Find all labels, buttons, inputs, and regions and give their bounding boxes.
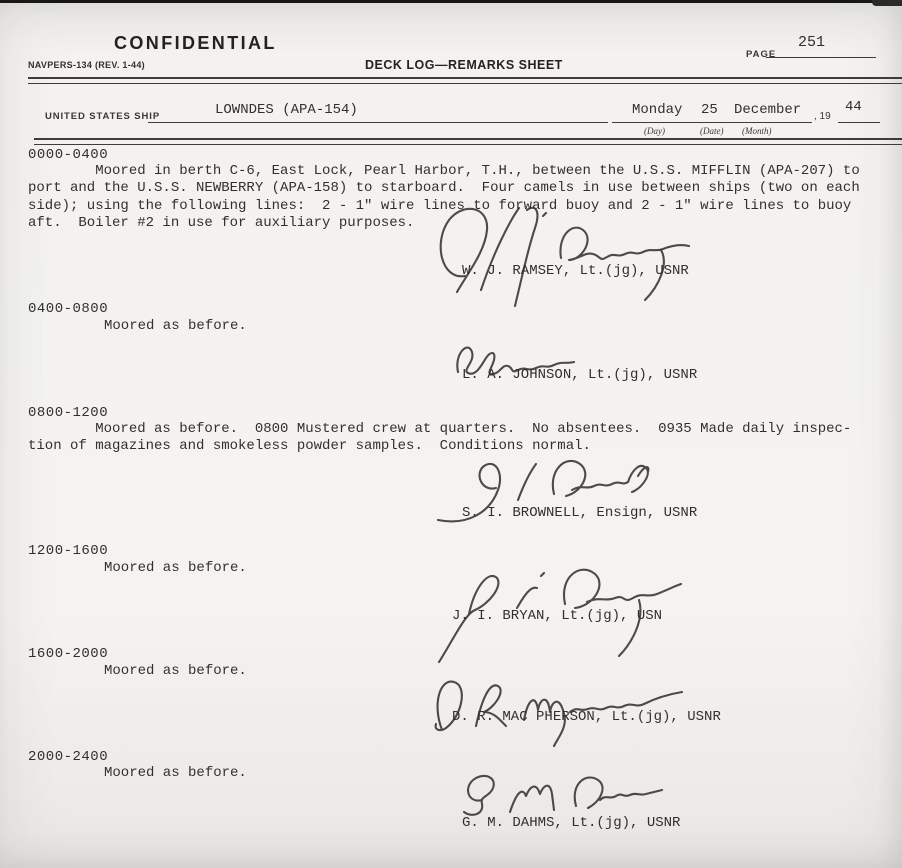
ship-line-rule — [34, 138, 902, 145]
entry-time: 1200-1600 — [28, 543, 108, 559]
page-label: PAGE — [746, 49, 776, 60]
year-value: 44 — [845, 99, 862, 115]
entry-text: Moored as before. — [104, 560, 247, 577]
signature-typed: G. M. DAHMS, Lt.(jg), USNR — [462, 815, 680, 831]
year-prefix: , 19 — [814, 111, 831, 122]
signature-script-macpherson — [420, 668, 696, 748]
ship-name: LOWNDES (APA-154) — [215, 102, 358, 118]
signature-typed: D. R. MAC PHERSON, Lt.(jg), USNR — [452, 709, 721, 725]
date-number: 25 — [701, 102, 718, 118]
classification-stamp: CONFIDENTIAL — [114, 33, 277, 54]
entry-text: Moored as before. — [104, 318, 247, 335]
entry-time: 1600-2000 — [28, 646, 108, 662]
month-caption: (Month) — [742, 126, 772, 136]
entry-time: 0400-0800 — [28, 301, 108, 317]
entry-text: Moored as before. — [104, 765, 247, 782]
ship-label: UNITED STATES SHIP — [45, 111, 160, 122]
scan-edge-corner — [872, 0, 902, 6]
entry-time: 0000-0400 — [28, 147, 108, 163]
entry-time: 0800-1200 — [28, 405, 108, 421]
day-caption: (Day) — [644, 126, 665, 136]
signature-typed: S. I. BROWNELL, Ensign, USNR — [462, 505, 697, 521]
date-line — [612, 122, 812, 123]
deck-log-remarks-sheet: CONFIDENTIAL PAGE 251 NAVPERS-134 (REV. … — [0, 0, 902, 868]
signature-script-ramsey — [423, 194, 695, 312]
sheet-title: DECK LOG—REMARKS SHEET — [365, 58, 563, 72]
entry-time: 2000-2400 — [28, 749, 108, 765]
page-number: 251 — [798, 34, 825, 51]
year-line — [838, 122, 880, 123]
entry-text: Moored as before. — [104, 663, 247, 680]
form-number: NAVPERS-134 (REV. 1-44) — [28, 60, 145, 70]
ship-name-line — [148, 122, 608, 123]
scan-edge-top — [0, 0, 902, 3]
header-rule — [28, 77, 902, 84]
signature-typed: W. J. RAMSEY, Lt.(jg), USNR — [462, 263, 689, 279]
signature-typed: J. I. BRYAN, Lt.(jg), USN — [452, 608, 662, 624]
signature-typed: L. A. JOHNSON, Lt.(jg), USNR — [462, 367, 697, 383]
page-number-line — [766, 57, 876, 58]
date-month: December — [734, 102, 801, 118]
date-caption: (Date) — [700, 126, 724, 136]
date-day: Monday — [632, 102, 682, 118]
